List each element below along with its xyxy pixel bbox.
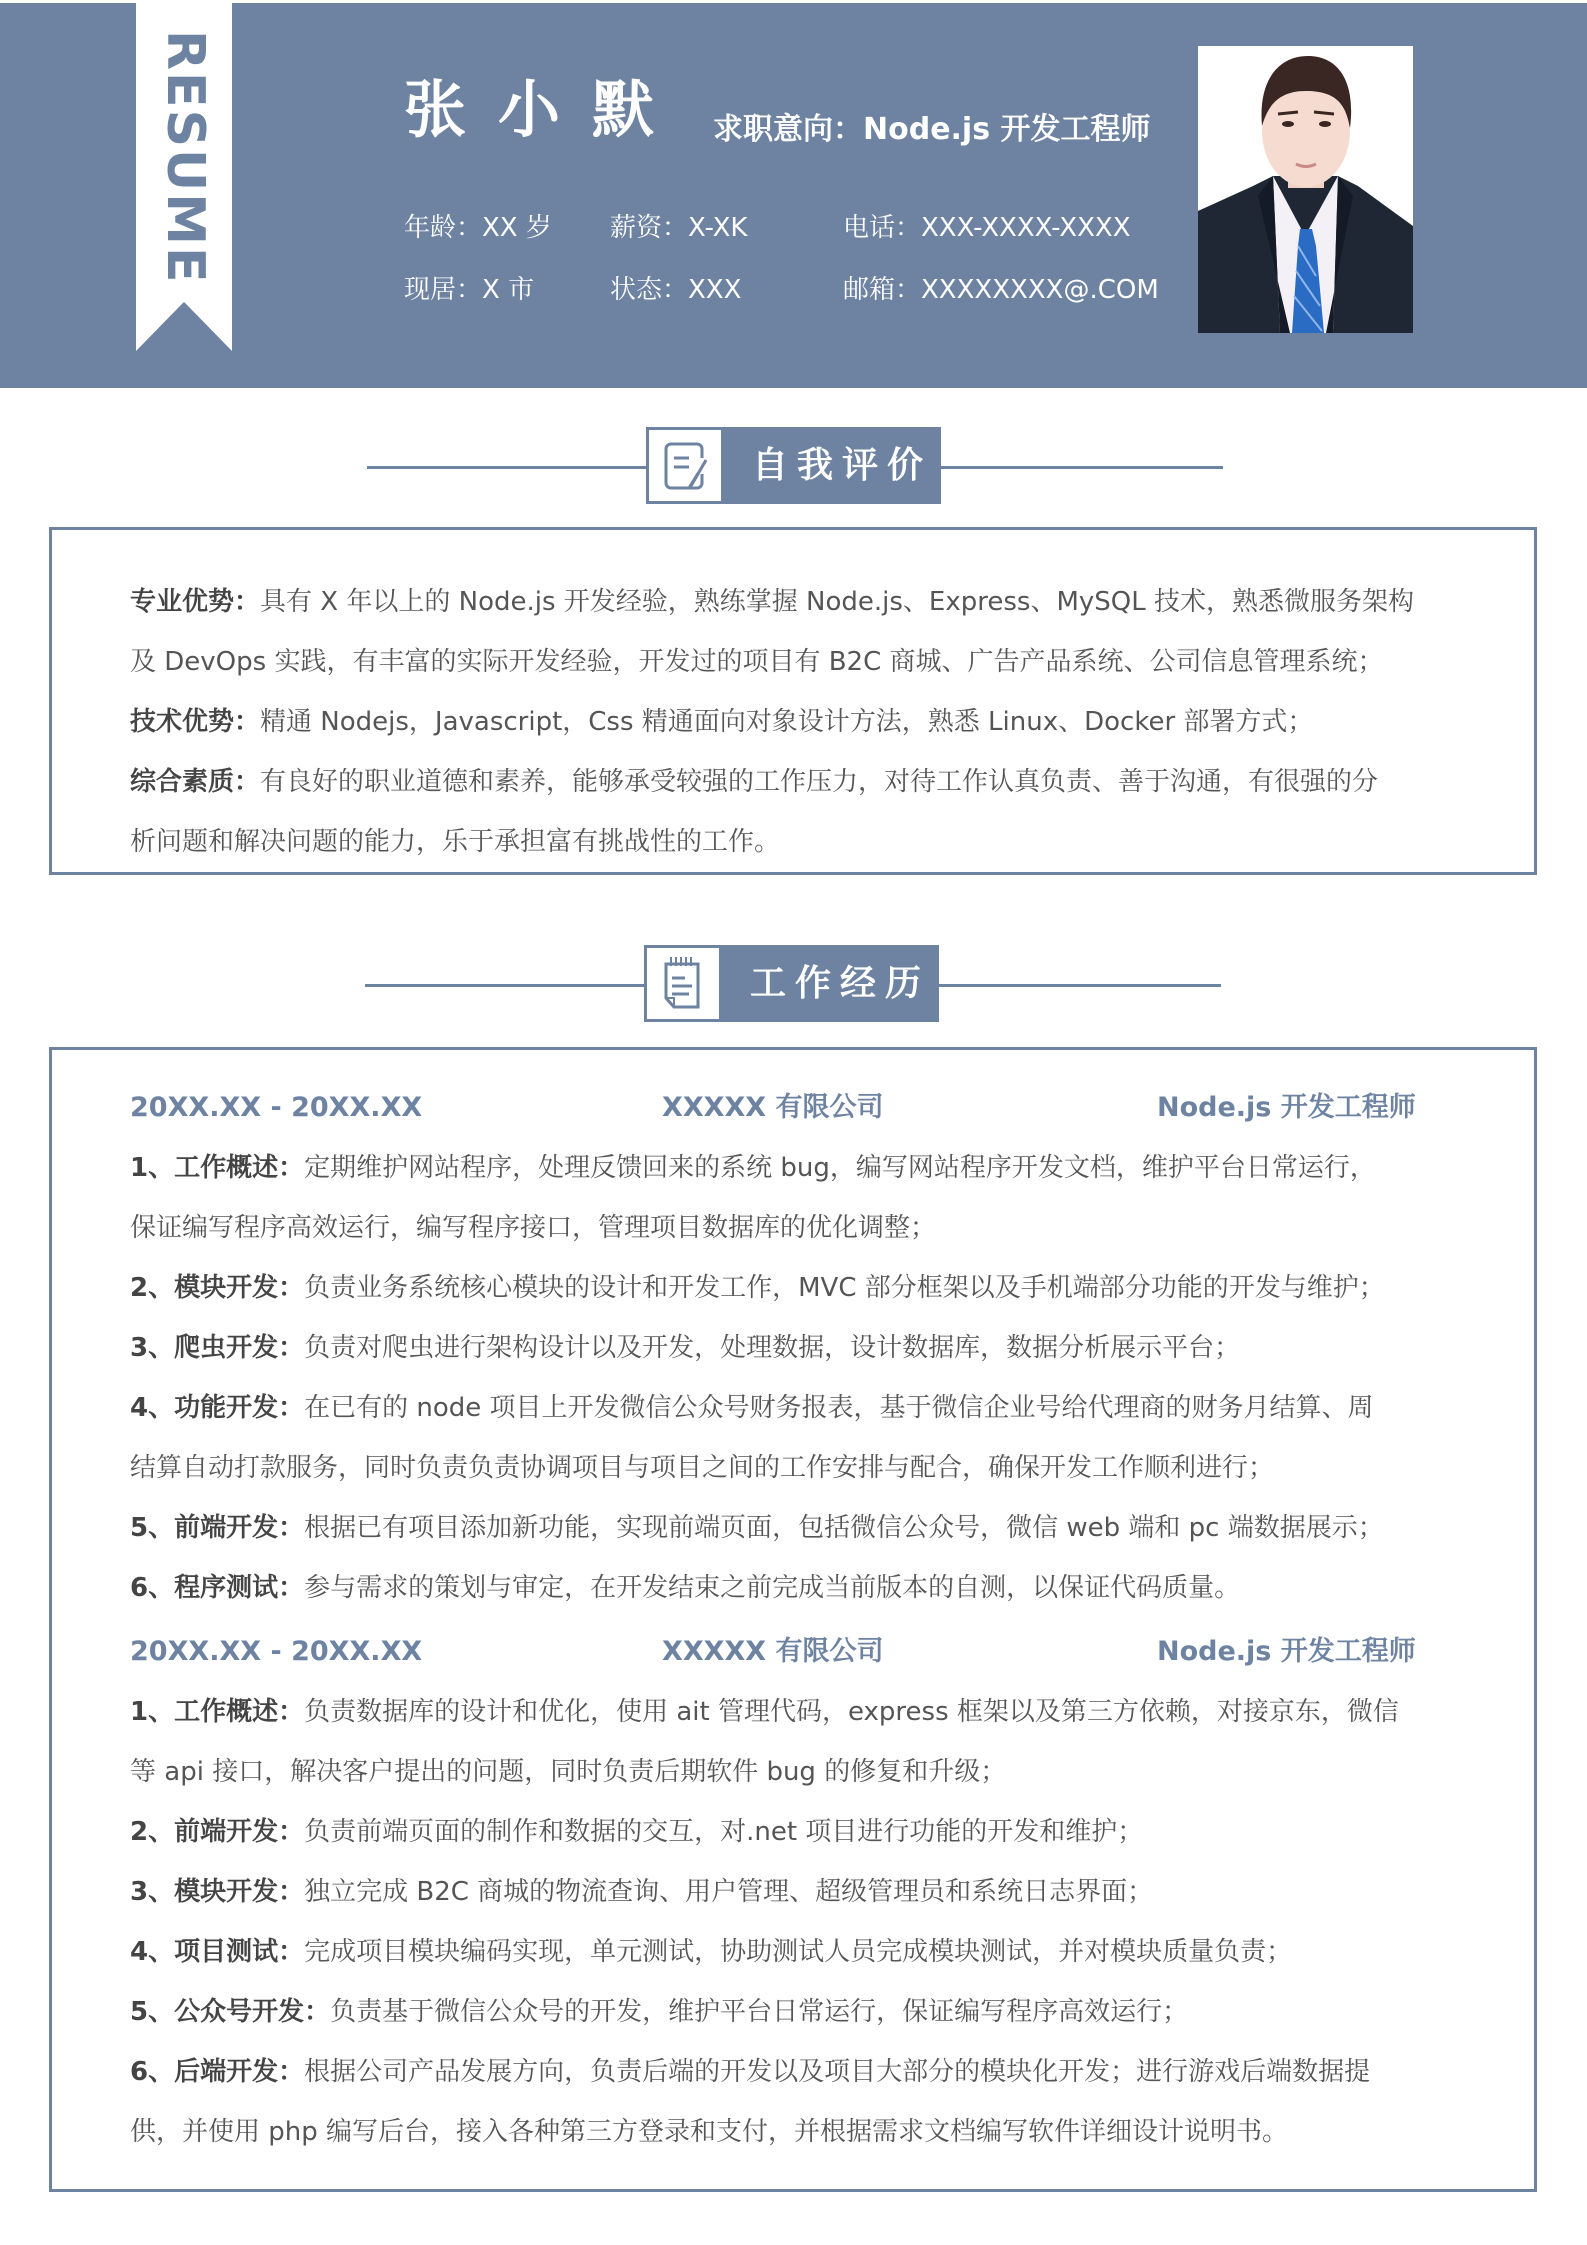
line-text: 保证编写程序高效运行，编写程序接口，管理项目数据库的优化调整；: [130, 1213, 936, 1243]
info-status: 状态：XXX: [610, 273, 741, 307]
job-line: 2、模块开发：负责业务系统核心模块的设计和开发工作，MVC 部分框架以及手机端部…: [130, 1271, 1385, 1305]
info-phone: 电话：XXX-XXXX-XXXX: [843, 211, 1131, 245]
self-eval-line: 专业优势：具有 X 年以上的 Node.js 开发经验，熟练掌握 Node.js…: [130, 585, 1414, 619]
section-divider-right: [938, 984, 1221, 987]
job-line: 5、前端开发：根据已有项目添加新功能，实现前端页面，包括微信公众号，微信 web…: [130, 1511, 1384, 1545]
job-line: 3、爬虫开发：负责对爬虫进行架构设计以及开发，处理数据，设计数据库，数据分析展示…: [130, 1331, 1240, 1365]
line-label: 4、功能开发：: [130, 1393, 304, 1423]
line-text: 负责基于微信公众号的开发，维护平台日常运行，保证编写程序高效运行；: [330, 1997, 1188, 2027]
info-salary: 薪资：X-XK: [610, 211, 747, 245]
job-objective: 求职意向：Node.js 开发工程师: [713, 110, 1151, 150]
job-line: 等 api 接口，解决客户提出的问题，同时负责后期软件 bug 的修复和升级；: [130, 1755, 1006, 1789]
job-role: Node.js 开发工程师: [1157, 1635, 1416, 1669]
line-text: 有良好的职业道德和素养，能够承受较强的工作压力，对待工作认真负责、善于沟通，有很…: [260, 767, 1378, 797]
section-divider-right: [940, 466, 1223, 469]
line-text: 定期维护网站程序，处理反馈回来的系统 bug，编写网站程序开发文档，维护平台日常…: [304, 1153, 1376, 1183]
line-label: 1、工作概述：: [130, 1153, 304, 1183]
line-text: 具有 X 年以上的 Node.js 开发经验，熟练掌握 Node.js、Expr…: [260, 587, 1414, 617]
edit-note-icon: [649, 430, 721, 501]
job-line: 供，并使用 php 编写后台，接入各种第三方登录和支付，并根据需求文档编写软件详…: [130, 2115, 1288, 2149]
self-eval-line: 综合素质：有良好的职业道德和素养，能够承受较强的工作压力，对待工作认真负责、善于…: [130, 765, 1378, 799]
section-divider-left: [365, 984, 645, 987]
work-experience-box: 20XX.XX - 20XX.XX XXXXX 有限公司 Node.js 开发工…: [49, 1047, 1537, 2192]
portrait-illustration: [1198, 46, 1413, 333]
job-line: 1、工作概述：负责数据库的设计和优化，使用 ait 管理代码，express 框…: [130, 1695, 1399, 1729]
line-label: 1、工作概述：: [130, 1697, 304, 1727]
line-text: 参与需求的策划与审定，在开发结束之前完成当前版本的自测，以保证代码质量。: [304, 1573, 1240, 1603]
line-label: 综合素质：: [130, 767, 260, 797]
line-text: 根据已有项目添加新功能，实现前端页面，包括微信公众号，微信 web 端和 pc …: [304, 1513, 1384, 1543]
line-text: 析问题和解决问题的能力，乐于承担富有挑战性的工作。: [130, 827, 780, 857]
line-text: 根据公司产品发展方向，负责后端的开发以及项目大部分的模块化开发；进行游戏后端数据…: [304, 2057, 1370, 2087]
line-label: 2、前端开发：: [130, 1817, 304, 1847]
line-label: 技术优势：: [130, 707, 260, 737]
line-label: 2、模块开发：: [130, 1273, 304, 1303]
section-header-self-eval: 自我评价: [646, 427, 941, 504]
job-company: XXXXX 有限公司: [662, 1091, 883, 1125]
notepad-icon: [647, 948, 719, 1019]
self-eval-box: 专业优势：具有 X 年以上的 Node.js 开发经验，熟练掌握 Node.js…: [49, 527, 1537, 875]
profile-photo: [1198, 46, 1413, 333]
line-text: 及 DevOps 实践，有丰富的实际开发经验，开发过的项目有 B2C 商城、广告…: [130, 647, 1384, 677]
self-eval-line: 析问题和解决问题的能力，乐于承担富有挑战性的工作。: [130, 825, 780, 859]
info-email: 邮箱：XXXXXXXX@.COM: [843, 273, 1159, 307]
section-icon-box: [649, 430, 721, 501]
line-label: 专业优势：: [130, 587, 260, 617]
section-icon-box: [647, 948, 719, 1019]
line-text: 独立完成 B2C 商城的物流查询、用户管理、超级管理员和系统日志界面；: [304, 1877, 1153, 1907]
info-age: 年龄：XX 岁: [404, 211, 552, 245]
line-label: 6、程序测试：: [130, 1573, 304, 1603]
line-text: 负责业务系统核心模块的设计和开发工作，MVC 部分框架以及手机端部分功能的开发与…: [304, 1273, 1385, 1303]
job-line: 1、工作概述：定期维护网站程序，处理反馈回来的系统 bug，编写网站程序开发文档…: [130, 1151, 1376, 1185]
line-label: 4、项目测试：: [130, 1937, 304, 1967]
job-company: XXXXX 有限公司: [662, 1635, 883, 1669]
self-eval-line: 技术优势：精通 Nodejs，Javascript，Css 精通面向对象设计方法…: [130, 705, 1313, 739]
line-text: 负责数据库的设计和优化，使用 ait 管理代码，express 框架以及第三方依…: [304, 1697, 1399, 1727]
job-period: 20XX.XX - 20XX.XX: [130, 1635, 422, 1669]
line-text: 在已有的 node 项目上开发微信公众号财务报表，基于微信企业号给代理商的财务月…: [304, 1393, 1373, 1423]
ribbon-label: RESUME: [163, 30, 207, 285]
line-text: 负责对爬虫进行架构设计以及开发，处理数据，设计数据库，数据分析展示平台；: [304, 1333, 1240, 1363]
line-text: 精通 Nodejs，Javascript，Css 精通面向对象设计方法，熟悉 L…: [260, 707, 1313, 737]
job-period: 20XX.XX - 20XX.XX: [130, 1091, 422, 1125]
section-header-work: 工作经历: [644, 945, 939, 1022]
job-line: 3、模块开发：独立完成 B2C 商城的物流查询、用户管理、超级管理员和系统日志界…: [130, 1875, 1153, 1909]
section-divider-left: [367, 466, 647, 469]
job-line: 2、前端开发：负责前端页面的制作和数据的交互，对.net 项目进行功能的开发和维…: [130, 1815, 1143, 1849]
info-city: 现居：X 市: [404, 273, 534, 307]
line-label: 5、前端开发：: [130, 1513, 304, 1543]
job-line: 保证编写程序高效运行，编写程序接口，管理项目数据库的优化调整；: [130, 1211, 936, 1245]
candidate-name: 张小默: [404, 70, 686, 150]
line-label: 3、爬虫开发：: [130, 1333, 304, 1363]
line-label: 3、模块开发：: [130, 1877, 304, 1907]
job-line: 4、功能开发：在已有的 node 项目上开发微信公众号财务报表，基于微信企业号给…: [130, 1391, 1374, 1425]
job-line: 6、后端开发：根据公司产品发展方向，负责后端的开发以及项目大部分的模块化开发；进…: [130, 2055, 1370, 2089]
line-text: 负责前端页面的制作和数据的交互，对.net 项目进行功能的开发和维护；: [304, 1817, 1143, 1847]
line-text: 结算自动打款服务，同时负责负责协调项目与项目之间的工作安排与配合，确保开发工作顺…: [130, 1453, 1274, 1483]
line-text: 完成项目模块编码实现，单元测试，协助测试人员完成模块测试，并对模块质量负责；: [304, 1937, 1292, 1967]
line-text: 等 api 接口，解决客户提出的问题，同时负责后期软件 bug 的修复和升级；: [130, 1757, 1006, 1787]
job-line: 4、项目测试：完成项目模块编码实现，单元测试，协助测试人员完成模块测试，并对模块…: [130, 1935, 1292, 1969]
line-label: 5、公众号开发：: [130, 1997, 330, 2027]
section-title: 自我评价: [752, 427, 932, 504]
line-text: 供，并使用 php 编写后台，接入各种第三方登录和支付，并根据需求文档编写软件详…: [130, 2117, 1288, 2147]
job-role: Node.js 开发工程师: [1157, 1091, 1416, 1125]
job-line: 5、公众号开发：负责基于微信公众号的开发，维护平台日常运行，保证编写程序高效运行…: [130, 1995, 1188, 2029]
job-line: 6、程序测试：参与需求的策划与审定，在开发结束之前完成当前版本的自测，以保证代码…: [130, 1571, 1240, 1605]
section-title: 工作经历: [750, 945, 930, 1022]
self-eval-line: 及 DevOps 实践，有丰富的实际开发经验，开发过的项目有 B2C 商城、广告…: [130, 645, 1384, 679]
job-line: 结算自动打款服务，同时负责负责协调项目与项目之间的工作安排与配合，确保开发工作顺…: [130, 1451, 1274, 1485]
line-label: 6、后端开发：: [130, 2057, 304, 2087]
